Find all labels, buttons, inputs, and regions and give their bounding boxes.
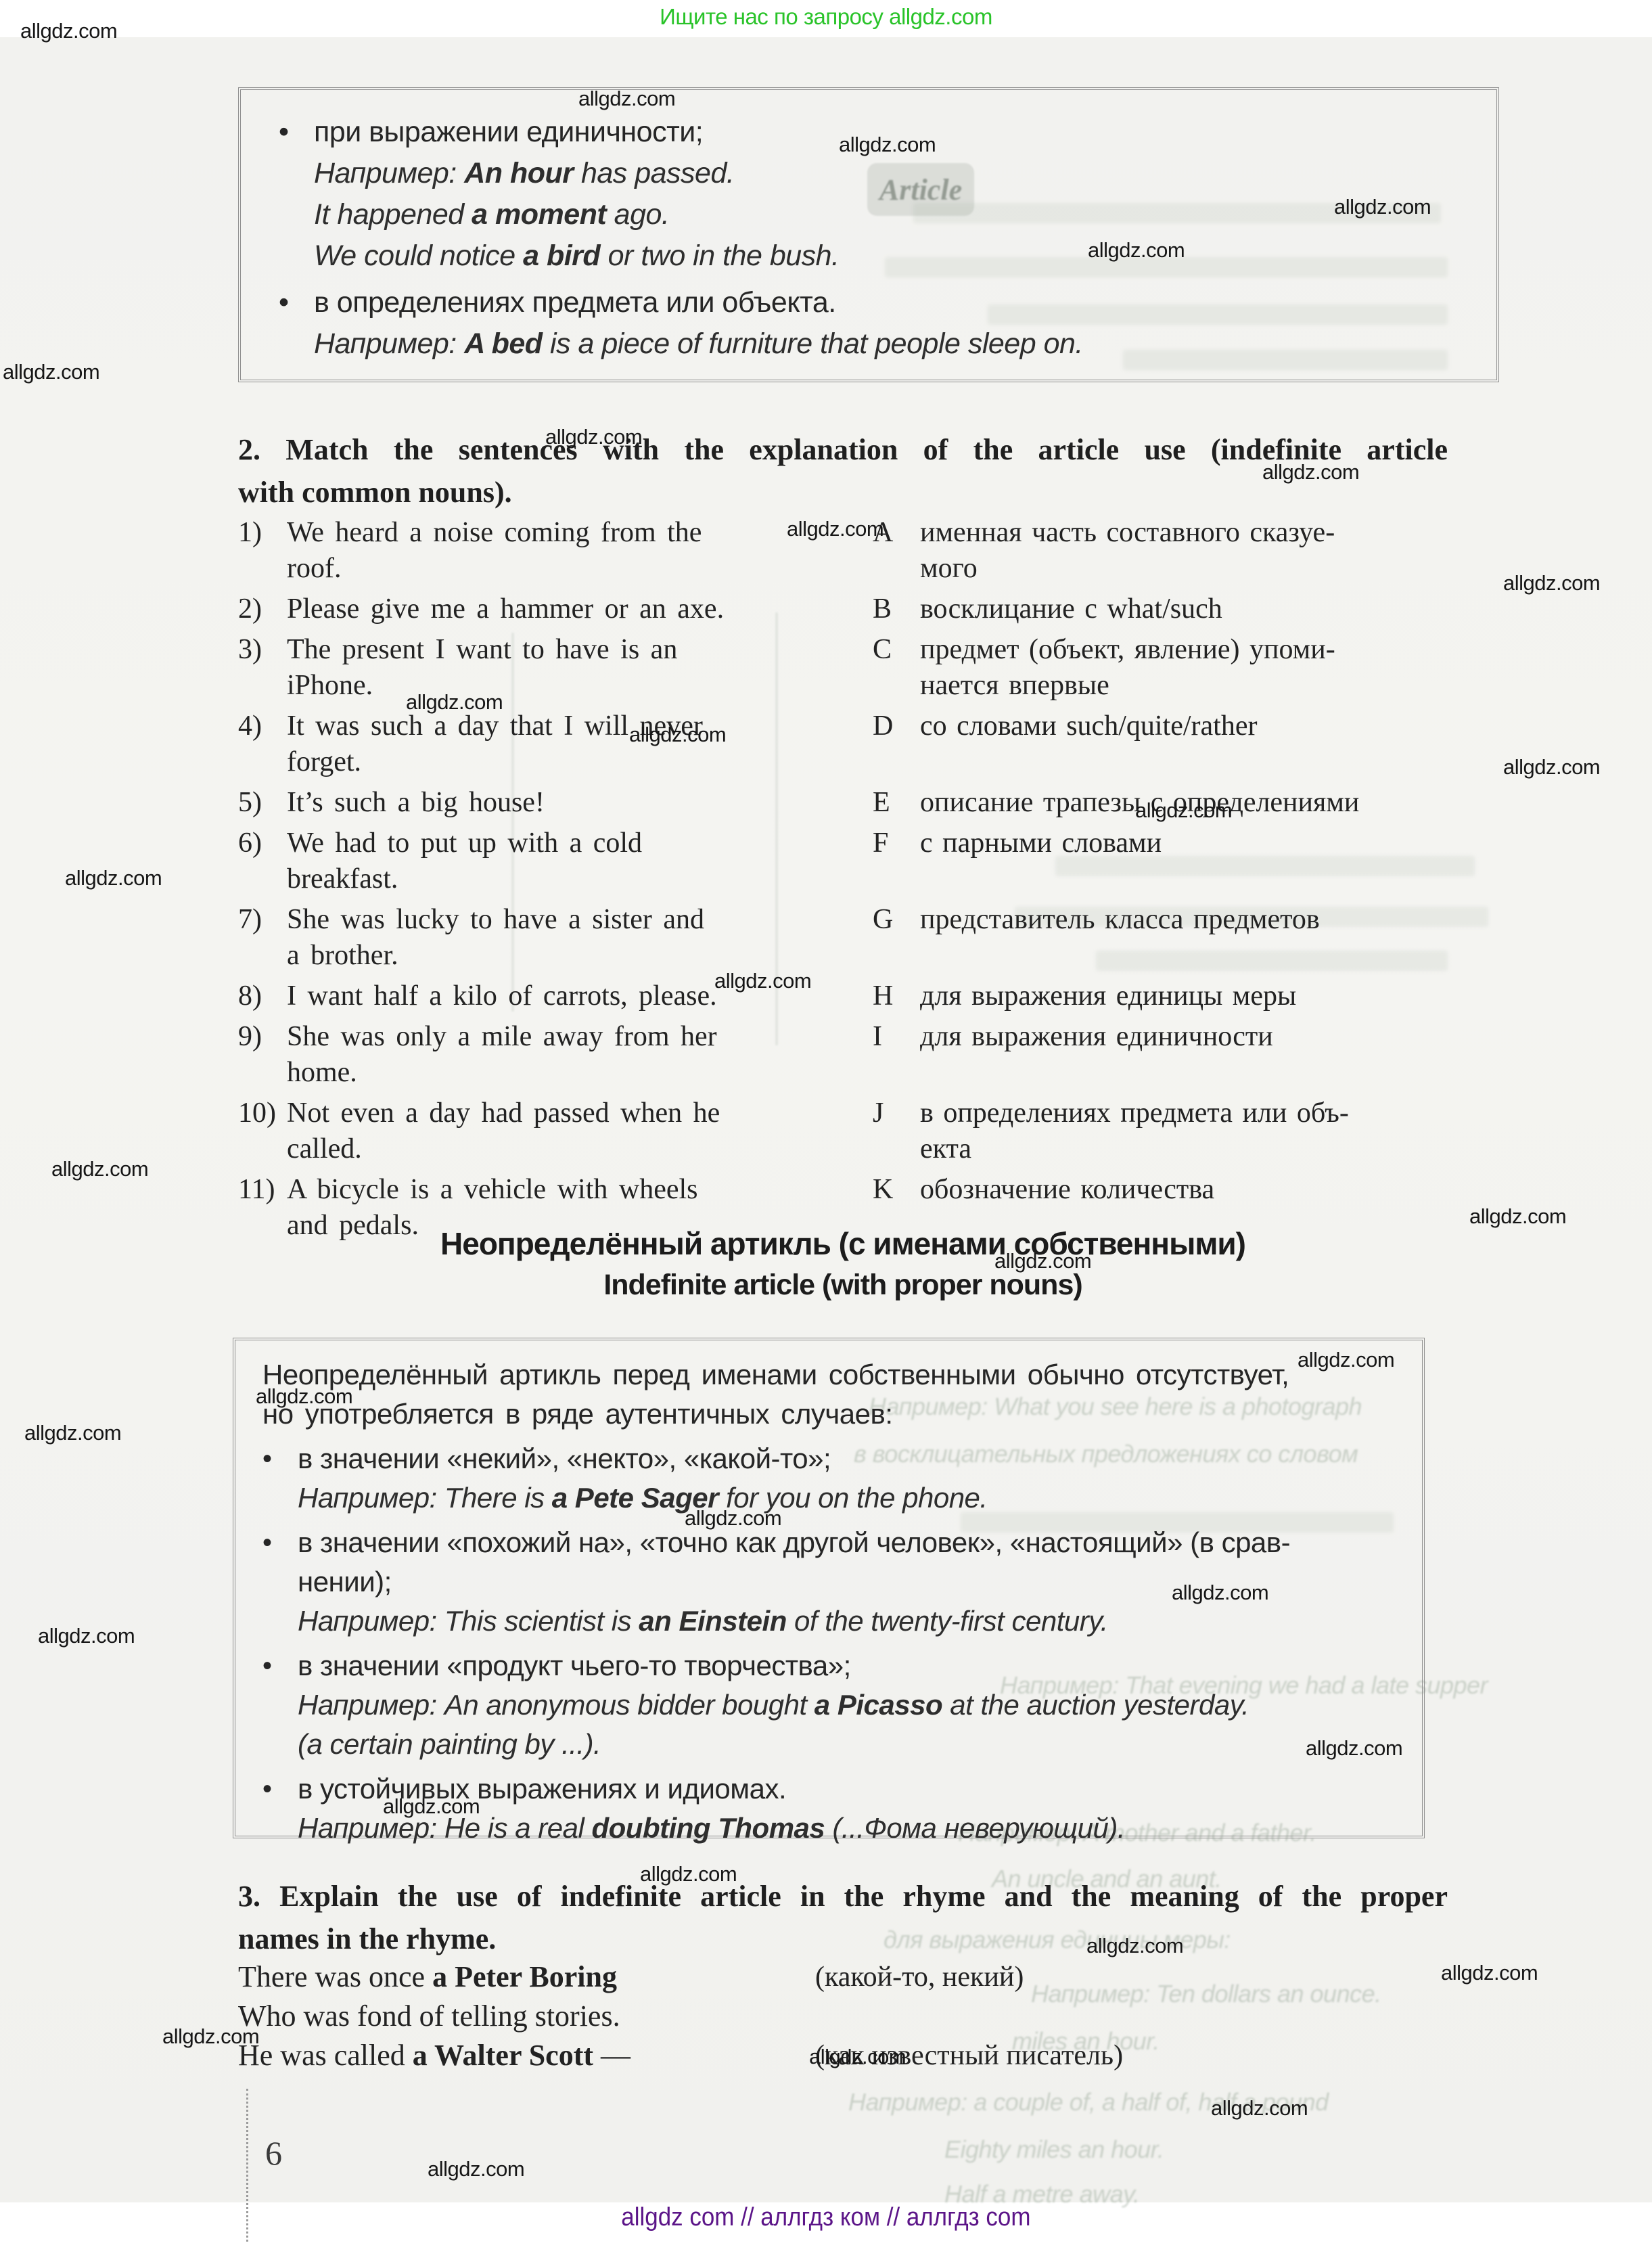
match-option-explanation: именная часть составного сказуе- мого [920, 515, 1448, 587]
match-column-gap [828, 1019, 873, 1091]
watermark: allgdz.com [1306, 1736, 1402, 1761]
rhyme-line-row: There was once a Peter Boring(какой-то, … [238, 1957, 1448, 1997]
rhyme-translation [815, 1997, 1448, 2036]
match-item-sentence: It’s such a big house! [287, 785, 828, 821]
watermark: allgdz.com [256, 1384, 352, 1409]
match-option-explanation: для выражения единичности [920, 1019, 1448, 1091]
match-column-gap [828, 632, 873, 704]
match-item-number: 5) [238, 785, 287, 821]
bullet-dot: • [279, 282, 314, 323]
rule-example: Например: An hour has passed. [314, 153, 1469, 194]
rhyme-translation: (какой-то, некий) [815, 1957, 1448, 1997]
match-option-letter: I [873, 1019, 920, 1091]
bullet-indent [279, 153, 314, 194]
match-column-gap [828, 708, 873, 780]
watermark: allgdz.com [1503, 571, 1600, 595]
rhyme-line: Who was fond of telling stories. [238, 1997, 815, 2036]
watermark: allgdz.com [1088, 238, 1185, 263]
watermark: allgdz.com [1469, 1204, 1566, 1229]
rule-example-row: Например: An anonymous bidder bought a P… [262, 1685, 1398, 1725]
match-option-letter: F [873, 825, 920, 897]
match-item-sentence: She was lucky to have a sister and a bro… [287, 902, 828, 974]
rule-text: в значении «некий», «некто», «какой-то»; [298, 1439, 1398, 1478]
match-exercise: 1)We heard a noise coming from the roof.… [238, 515, 1448, 1244]
rule-text: в определениях предмета или объекта. [314, 282, 1469, 323]
match-option-letter: B [873, 591, 920, 627]
rule-bullet-line: •в значении «некий», «некто», «какой-то»… [262, 1439, 1398, 1478]
bullet-indent [262, 1725, 298, 1764]
watermark: allgdz.com [578, 87, 675, 111]
watermark: allgdz.com [545, 425, 642, 449]
page-number: 6 [265, 2133, 282, 2173]
promo-banner: Ищите нас по запросу allgdz.com [0, 4, 1652, 30]
rhyme-line: He was called a Walter Scott — [238, 2036, 815, 2075]
bullet-indent [279, 194, 314, 235]
rule-example-row: We could notice a bird or two in the bus… [279, 235, 1469, 277]
section-heading-en: Indefinite article (with proper nouns) [238, 1269, 1448, 1302]
match-item-number: 2) [238, 591, 287, 627]
watermark: allgdz.com [1262, 460, 1359, 484]
exercise3-heading-line1: 3. Explain the use of indefinite article… [238, 1875, 1448, 1918]
match-item-number: 1) [238, 515, 287, 587]
match-item-number: 9) [238, 1019, 287, 1091]
match-column-gap [828, 825, 873, 897]
match-option-explanation: для выражения единицы меры [920, 978, 1448, 1014]
rule-example-row: Например: A bed is a piece of furniture … [279, 323, 1469, 365]
watermark: allgdz.com [787, 517, 884, 541]
rule-bullet-line: •в значении «продукт чьего-то творчества… [262, 1646, 1398, 1685]
match-item-number: 10) [238, 1095, 287, 1167]
rule-example: Например: An anonymous bidder bought a P… [298, 1685, 1398, 1725]
bullet-dot: • [279, 112, 314, 153]
watermark: allgdz.com [809, 2045, 906, 2069]
rule-example: Например: A bed is a piece of furniture … [314, 323, 1469, 365]
watermark: allgdz.com [1298, 1348, 1394, 1372]
watermark: allgdz.com [1172, 1581, 1268, 1605]
watermark: allgdz.com [685, 1506, 781, 1531]
match-item-number: 7) [238, 902, 287, 974]
watermark: allgdz.com [38, 1624, 135, 1648]
exercise3-heading: 3. Explain the use of indefinite article… [238, 1875, 1448, 1960]
rule-example-row: Например: There is a Pete Sager for you … [262, 1478, 1398, 1518]
book-page: { "header": { "promo": "Ищите нас по зап… [0, 0, 1652, 2243]
rules-box-common-nouns: •при выражении единичности;Например: An … [238, 87, 1499, 382]
watermark: allgdz.com [406, 690, 503, 715]
watermark: allgdz.com [714, 969, 811, 993]
rule-text: в значении «продукт чьего-то творчества»… [298, 1646, 1398, 1685]
bullet-dot: • [262, 1523, 298, 1562]
match-option-letter: C [873, 632, 920, 704]
rhyme-translation: (как известный писатель) [815, 2036, 1448, 2075]
match-column-gap [828, 1095, 873, 1167]
match-option-explanation: представитель класса предметов [920, 902, 1448, 974]
rule-example: Например: There is a Pete Sager for you … [298, 1478, 1398, 1518]
rule-example-row: (a certain painting by ...). [262, 1725, 1398, 1764]
watermark: allgdz.com [65, 866, 162, 890]
bullet-dot: • [262, 1646, 298, 1685]
match-option-letter: J [873, 1095, 920, 1167]
bullet-indent [279, 323, 314, 365]
watermark: allgdz.com [629, 723, 726, 747]
rule-intro-line: но употребляется в ряде аутентичных случ… [262, 1395, 1398, 1434]
watermark: allgdz.com [20, 19, 117, 43]
bullet-indent [262, 1685, 298, 1725]
footer-watermark: allgdz com // аллгдз ком // аллгдз com [0, 2203, 1652, 2232]
match-column-gap [828, 785, 873, 821]
watermark: allgdz.com [1441, 1961, 1538, 1985]
watermark: allgdz.com [1503, 755, 1600, 779]
match-option-letter: G [873, 902, 920, 974]
match-option-explanation: предмет (объект, явление) упоми- нается … [920, 632, 1448, 704]
watermark: allgdz.com [383, 1794, 480, 1819]
watermark: allgdz.com [3, 360, 99, 384]
match-option-explanation: восклицание с what/such [920, 591, 1448, 627]
match-item-number: 6) [238, 825, 287, 897]
match-option-explanation: с парными словами [920, 825, 1448, 897]
watermark: allgdz.com [1135, 798, 1232, 823]
rule-example-row: It happened a moment ago. [279, 194, 1469, 235]
match-option-letter: D [873, 708, 920, 780]
rhyme-line-row: Who was fond of telling stories. [238, 1997, 1448, 2036]
bleedthrough-text: Eighty miles an hour. [944, 2135, 1164, 2164]
match-item-number: 3) [238, 632, 287, 704]
bullet-indent [262, 1562, 298, 1602]
watermark: allgdz.com [51, 1157, 148, 1181]
section-heading-ru: Неопределённый артикль (с именами собств… [238, 1225, 1448, 1262]
watermark: allgdz.com [994, 1249, 1091, 1273]
rule-bullet-line: •в значении «похожий на», «точно как дру… [262, 1523, 1398, 1562]
watermark: allgdz.com [640, 1862, 737, 1886]
watermark: allgdz.com [24, 1421, 121, 1445]
watermark: allgdz.com [839, 133, 936, 157]
rule-bullet-line: •в определениях предмета или объекта. [279, 282, 1469, 323]
bullet-dot: • [262, 1439, 298, 1478]
match-item-sentence: We had to put up with a cold breakfast. [287, 825, 828, 897]
rhyme-line: There was once a Peter Boring [238, 1957, 815, 1997]
rule-example: (a certain painting by ...). [298, 1725, 1398, 1764]
match-column-gap [828, 902, 873, 974]
rule-example-row: Например: This scientist is an Einstein … [262, 1602, 1398, 1641]
rule-intro-line: Неопределённый артикль перед именами соб… [262, 1355, 1398, 1395]
watermark: allgdz.com [1086, 1934, 1183, 1958]
watermark: allgdz.com [1334, 195, 1431, 219]
match-item-number: 4) [238, 708, 287, 780]
page-scan: Article Например: What you see here is a… [0, 37, 1652, 2202]
rule-example: We could notice a bird or two in the bus… [314, 235, 1469, 277]
watermark: allgdz.com [1211, 2096, 1308, 2121]
rule-example-row: Например: An hour has passed. [279, 153, 1469, 194]
match-item-sentence: She was only a mile away from her home. [287, 1019, 828, 1091]
match-option-explanation: в определениях предмета или объ- екта [920, 1095, 1448, 1167]
watermark: allgdz.com [162, 2024, 259, 2049]
bullet-indent [262, 1478, 298, 1518]
rule-text: в значении «похожий на», «точно как друг… [298, 1523, 1398, 1562]
bullet-indent [262, 1809, 298, 1848]
match-column-gap [828, 978, 873, 1014]
bullet-dot: • [262, 1769, 298, 1809]
match-item-sentence: We heard a noise coming from the roof. [287, 515, 828, 587]
watermark: allgdz.com [428, 2157, 524, 2181]
match-option-letter: H [873, 978, 920, 1014]
bullet-indent [262, 1602, 298, 1641]
match-item-sentence: It was such a day that I will never forg… [287, 708, 828, 780]
rule-example: Например: This scientist is an Einstein … [298, 1602, 1398, 1641]
match-option-letter: E [873, 785, 920, 821]
match-item-sentence: Please give me a hammer or an axe. [287, 591, 828, 627]
match-item-sentence: The present I want to have is an iPhone. [287, 632, 828, 704]
match-option-explanation: со словами such/quite/rather [920, 708, 1448, 780]
match-column-gap [828, 591, 873, 627]
bullet-indent [279, 235, 314, 277]
exercise3-heading-line2: names in the rhyme. [238, 1918, 1448, 1960]
rule-example: It happened a moment ago. [314, 194, 1469, 235]
match-item-sentence: Not even a day had passed when he called… [287, 1095, 828, 1167]
match-item-number: 8) [238, 978, 287, 1014]
